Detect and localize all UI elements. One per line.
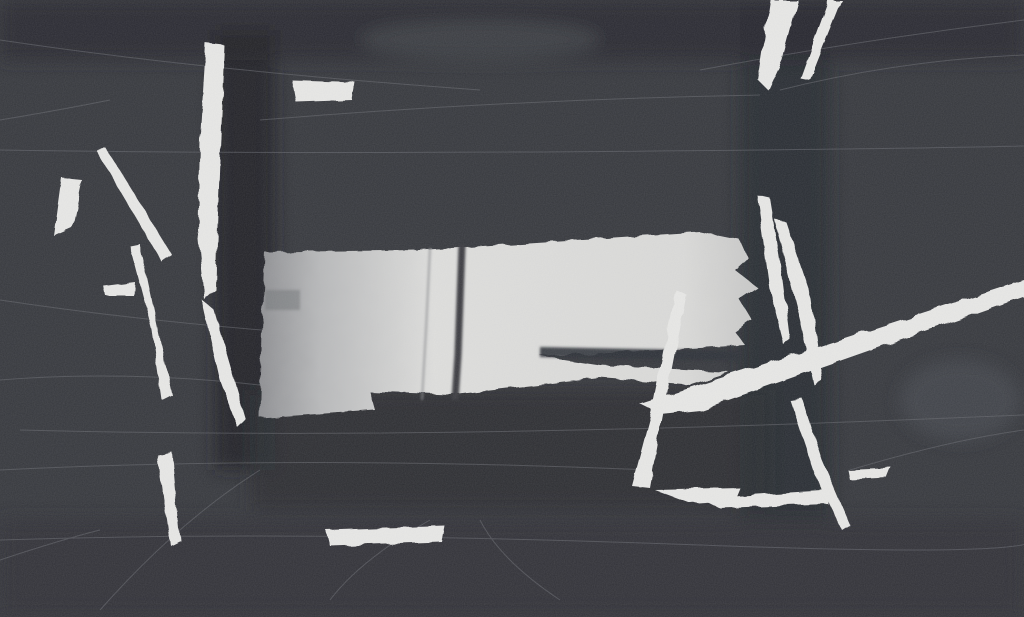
artwork-canvas <box>0 0 1024 617</box>
paper-grain <box>0 0 1024 617</box>
abstract-monoprint <box>0 0 1024 617</box>
